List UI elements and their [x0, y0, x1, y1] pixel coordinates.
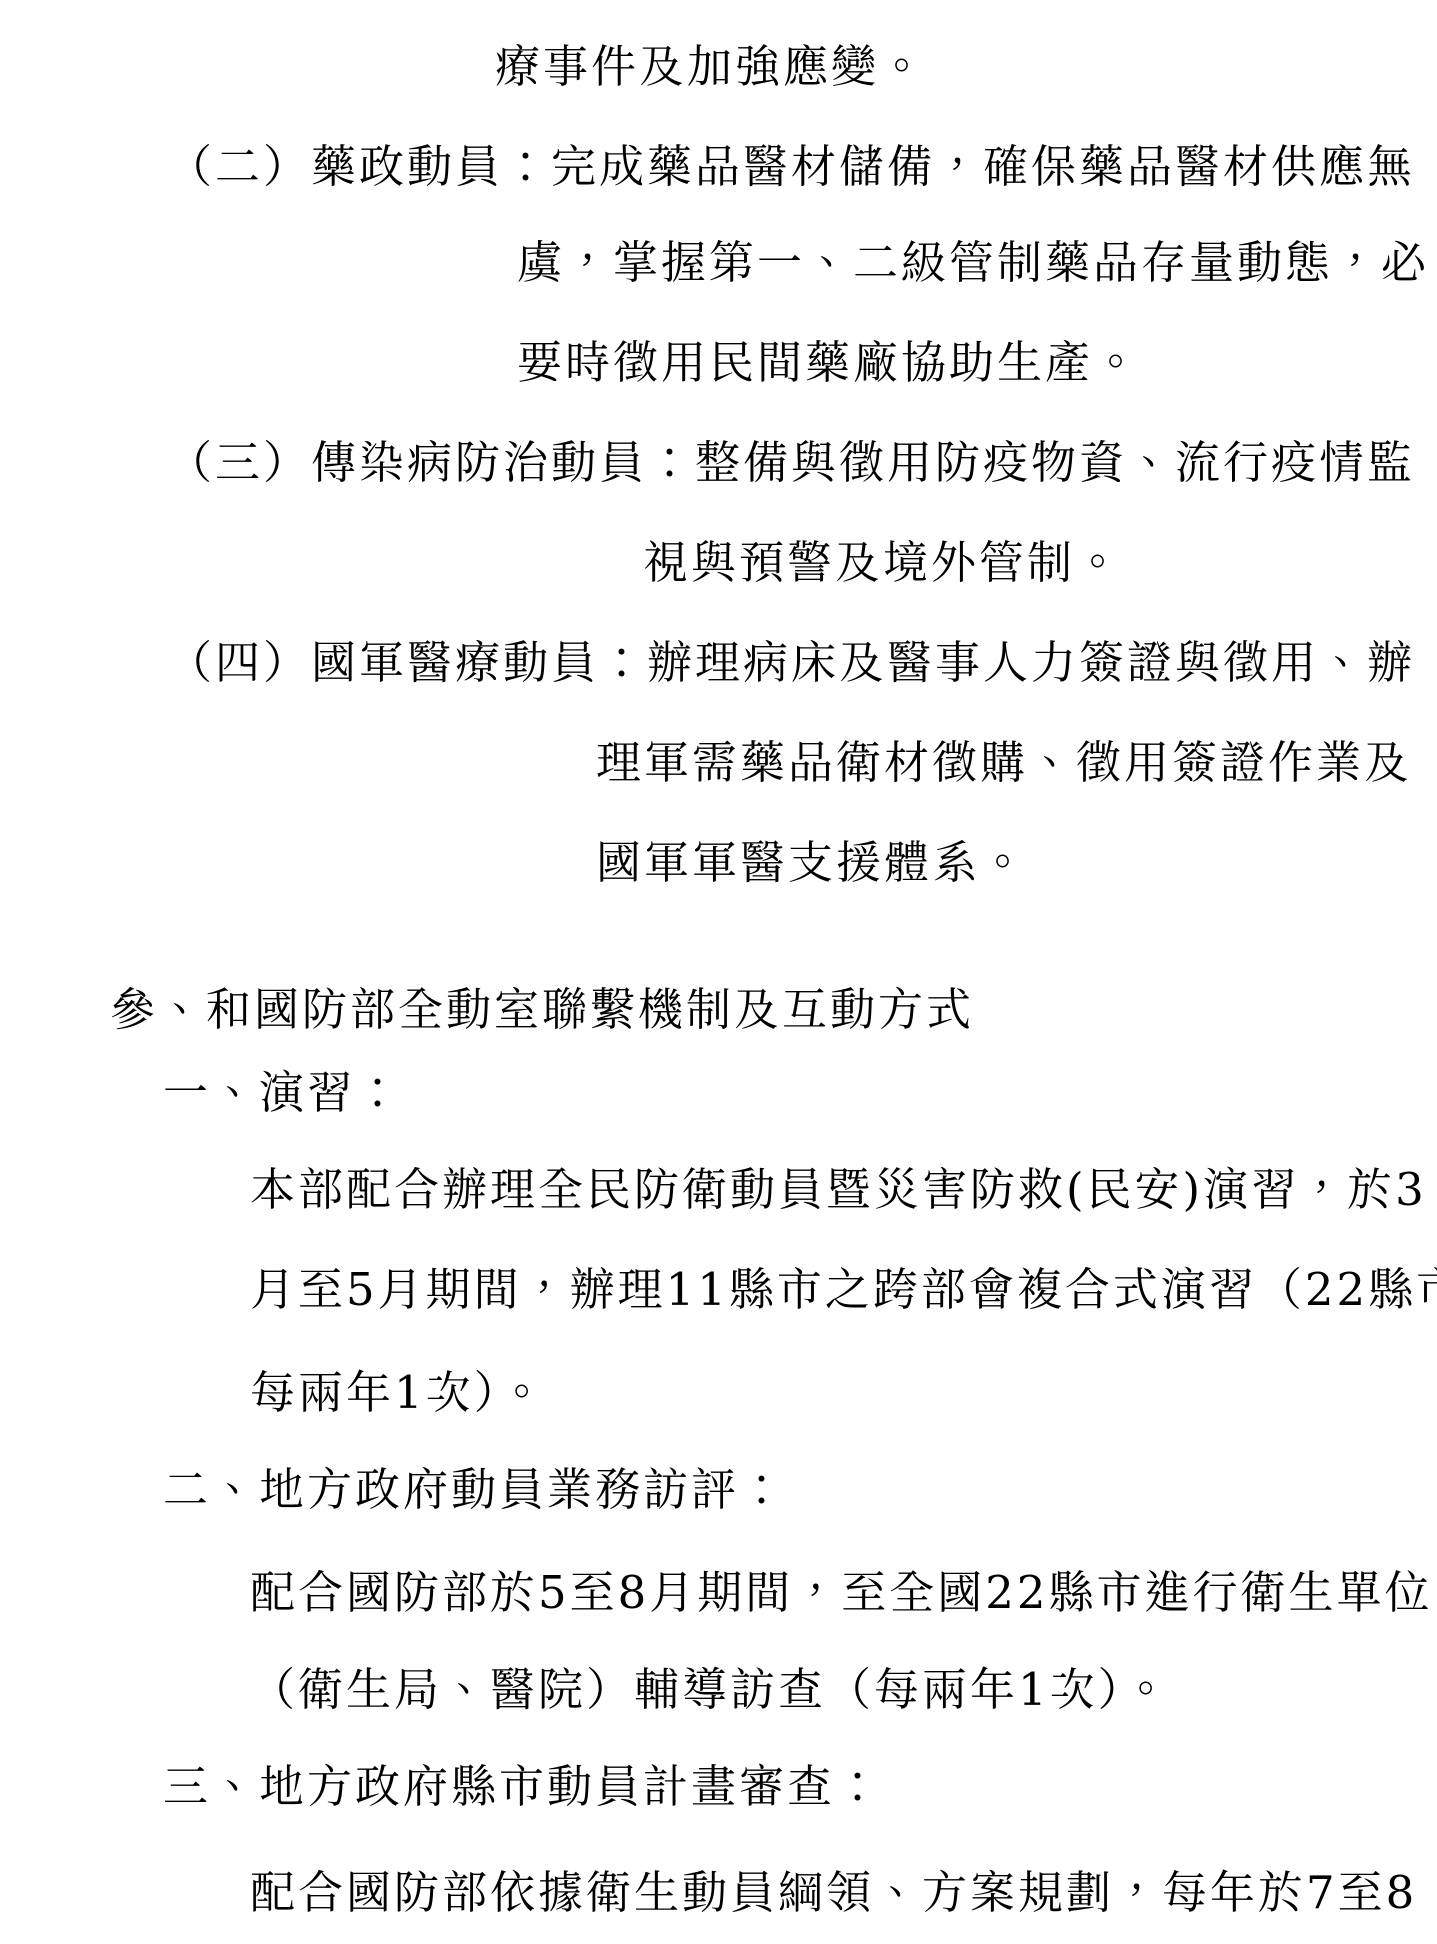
document-page: 療事件及加強應變。 （二）藥政動員：完成藥品醫材儲備，確保藥品醫材供應無 虞，掌… [0, 0, 1437, 1944]
paragraph-line: 配合國防部於5至8月期間，至全國22縣市進行衛生單位 [250, 1568, 1433, 1618]
continuation-line: 虞，掌握第一、二級管制藥品存量動態，必 [517, 238, 1429, 288]
list-item-2: （二）藥政動員：完成藥品醫材儲備，確保藥品醫材供應無 [167, 142, 1415, 192]
paragraph-line: （衛生局、醫院）輔導訪查（每兩年1次）。 [250, 1665, 1171, 1715]
list-item-3: （三）傳染病防治動員：整備與徵用防疫物資、流行疫情監 [167, 438, 1415, 488]
paragraph-line: 本部配合辦理全民防衛動員暨災害防救(民安)演習，於3 [250, 1165, 1427, 1215]
paragraph-line: 配合國防部依據衛生動員綱領、方案規劃，每年於7至8 [250, 1868, 1417, 1918]
continuation-line: 國軍軍醫支援體系。 [596, 838, 1028, 888]
numbered-item-3: 三、地方政府縣市動員計畫審查： [163, 1762, 883, 1812]
section-heading: 參、和國防部全動室聯繫機制及互動方式 [110, 985, 974, 1035]
continuation-line: 療事件及加強應變。 [495, 42, 927, 92]
continuation-line: 要時徵用民間藥廠協助生產。 [517, 338, 1141, 388]
paragraph-line: 每兩年1次）。 [250, 1368, 547, 1418]
list-item-4: （四）國軍醫療動員：辦理病床及醫事人力簽證與徵用、辦 [167, 638, 1415, 688]
numbered-item-2: 二、地方政府動員業務訪評： [163, 1465, 787, 1515]
continuation-line: 理軍需藥品衛材徵購、徵用簽證作業及 [596, 738, 1412, 788]
paragraph-line: 月至5月期間，辦理11縣市之跨部會複合式演習（22縣市 [250, 1265, 1437, 1315]
numbered-item-1: 一、演習： [163, 1068, 403, 1118]
continuation-line: 視與預警及境外管制。 [643, 538, 1123, 588]
